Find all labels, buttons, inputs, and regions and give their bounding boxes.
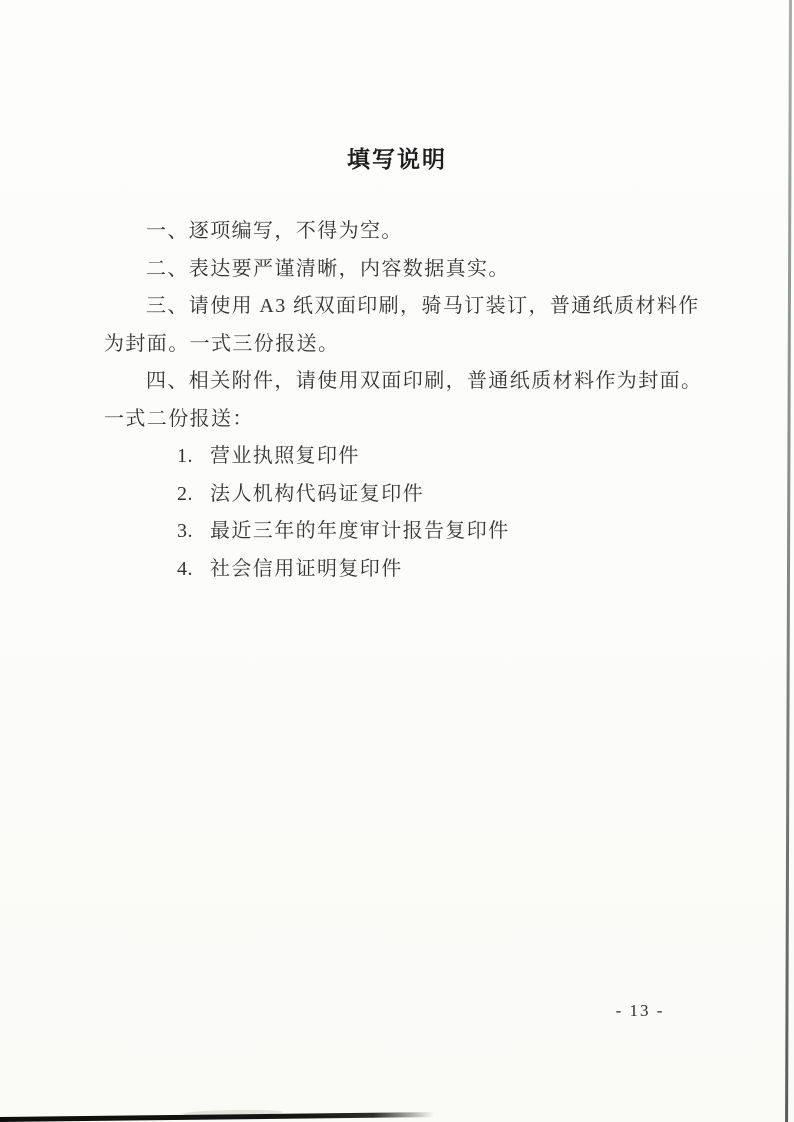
page-title: 填写说明 bbox=[104, 141, 690, 174]
list-item: 1.营业执照复印件 bbox=[104, 438, 704, 476]
instruction-line: 一、逐项编写，不得为空。 bbox=[104, 213, 704, 251]
list-item: 3.最近三年的年度审计报告复印件 bbox=[104, 513, 704, 551]
list-item: 4.社会信用证明复印件 bbox=[104, 551, 704, 589]
scan-artifact-right-edge bbox=[785, 0, 791, 1122]
list-item-text: 营业执照复印件 bbox=[210, 445, 360, 467]
instruction-line: 三、请使用 A3 纸双面印刷，骑马订装订，普通纸质材料作 bbox=[104, 288, 704, 326]
instructions-body: 一、逐项编写，不得为空。 二、表达要严谨清晰，内容数据真实。 三、请使用 A3 … bbox=[104, 213, 704, 588]
page-number: - 13 - bbox=[598, 1001, 682, 1021]
list-item: 2.法人机构代码证复印件 bbox=[104, 476, 704, 514]
list-item-number: 2. bbox=[177, 476, 210, 514]
list-item-number: 1. bbox=[177, 438, 210, 476]
list-item-text: 法人机构代码证复印件 bbox=[210, 483, 424, 505]
list-item-text: 社会信用证明复印件 bbox=[210, 558, 403, 580]
list-item-number: 4. bbox=[177, 551, 210, 589]
instruction-line-wrap: 一式二份报送： bbox=[104, 401, 704, 439]
list-item-number: 3. bbox=[177, 513, 210, 551]
scanned-document-page: 填写说明 一、逐项编写，不得为空。 二、表达要严谨清晰，内容数据真实。 三、请使… bbox=[0, 0, 794, 1122]
instruction-line-wrap: 为封面。一式三份报送。 bbox=[104, 326, 704, 364]
instruction-line: 二、表达要严谨清晰，内容数据真实。 bbox=[104, 251, 704, 289]
instruction-line: 四、相关附件，请使用双面印刷，普通纸质材料作为封面。 bbox=[104, 363, 704, 401]
list-item-text: 最近三年的年度审计报告复印件 bbox=[210, 520, 510, 542]
